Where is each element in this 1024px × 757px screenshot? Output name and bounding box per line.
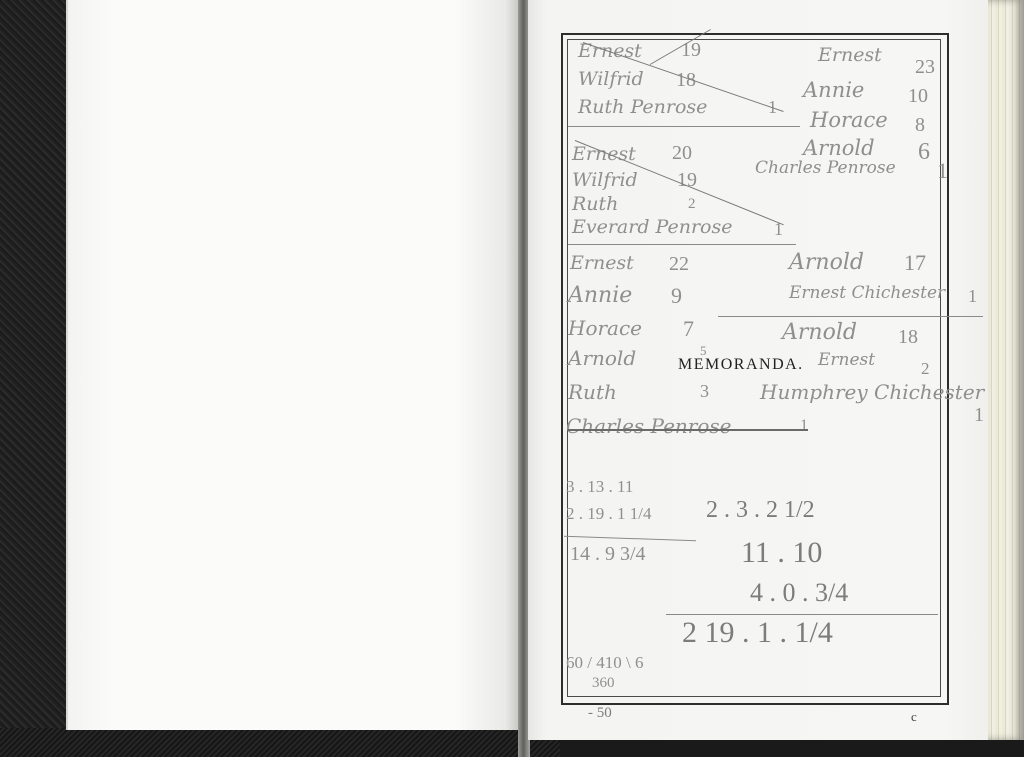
entry-value: 7: [683, 318, 694, 340]
signature-mark: c: [911, 709, 917, 725]
sum-line: 2 . 3 . 2 1/2: [706, 498, 815, 522]
entry-name: Arnold: [789, 252, 864, 274]
entry-value: 23: [915, 57, 935, 77]
sum-line: 11 . 10: [741, 538, 822, 568]
sum-total: 14 . 9 3/4: [570, 544, 646, 564]
entry-value: 18: [898, 327, 918, 347]
page-title: MEMORANDA.: [678, 356, 804, 374]
entry-value: 1: [974, 405, 984, 425]
entry-value: 19: [677, 170, 697, 190]
entry-value: 2: [688, 197, 696, 212]
entry-name: Ernest Chichester: [789, 285, 945, 302]
calc-line: 360: [592, 676, 615, 691]
entry-value: 10: [908, 86, 928, 106]
sum-line: 3 . 13 . 11: [566, 478, 633, 495]
divider-line: [568, 126, 800, 127]
entry-value: 8: [915, 115, 925, 135]
entry-value: 1: [937, 160, 948, 182]
entry-name: Charles Penrose: [755, 160, 896, 177]
left-blank-page: [66, 0, 524, 730]
entry-name: Arnold: [568, 348, 636, 368]
entry-value: 20: [672, 143, 692, 163]
entry-value: 2: [921, 360, 930, 377]
entry-name: Arnold: [782, 322, 857, 344]
sum-total: 2 19 . 1 . 1/4: [682, 618, 833, 648]
calc-line: - 50: [588, 706, 612, 721]
entry-name: Ernest: [570, 254, 634, 273]
divider-line: [718, 316, 983, 317]
entry-name: Annie: [803, 80, 864, 101]
entry-name: Ernest: [818, 46, 882, 65]
entry-name: Horace: [568, 318, 642, 338]
entry-name: Ruth Penrose: [578, 98, 707, 117]
entry-name: Humphrey Chichester: [760, 382, 984, 402]
calc-line: 60 / 410 \ 6: [566, 654, 643, 671]
entry-value: 1: [800, 418, 808, 434]
entry-value: 9: [671, 285, 682, 307]
page-edges: [988, 0, 1024, 740]
entry-name: Horace: [810, 110, 888, 131]
sum-rule: [666, 614, 938, 615]
entry-name: Annie: [568, 285, 632, 307]
cross-out-line: [568, 429, 808, 431]
entry-name: Ernest: [818, 352, 875, 369]
entry-name: Charles Penrose: [566, 416, 732, 436]
entry-name: Wilfrid: [572, 171, 638, 190]
sum-line: 2 . 19 . 1 1/4: [566, 505, 651, 522]
entry-value: 1: [968, 287, 977, 305]
entry-value: 6: [918, 140, 930, 164]
divider-line: [568, 244, 796, 245]
entry-name: Everard Penrose: [572, 218, 732, 237]
entry-value: 3: [700, 382, 709, 400]
sum-line: 4 . 0 . 3/4: [750, 580, 848, 606]
entry-name: Ruth: [572, 195, 618, 214]
entry-name: Arnold: [803, 138, 875, 159]
entry-name: Ruth: [568, 382, 617, 402]
book-cover-bottom: [0, 728, 560, 757]
entry-name: Wilfrid: [578, 70, 644, 89]
book-cover-spine: [0, 0, 66, 757]
entry-value: 22: [669, 254, 689, 274]
entry-value: 17: [904, 252, 926, 274]
